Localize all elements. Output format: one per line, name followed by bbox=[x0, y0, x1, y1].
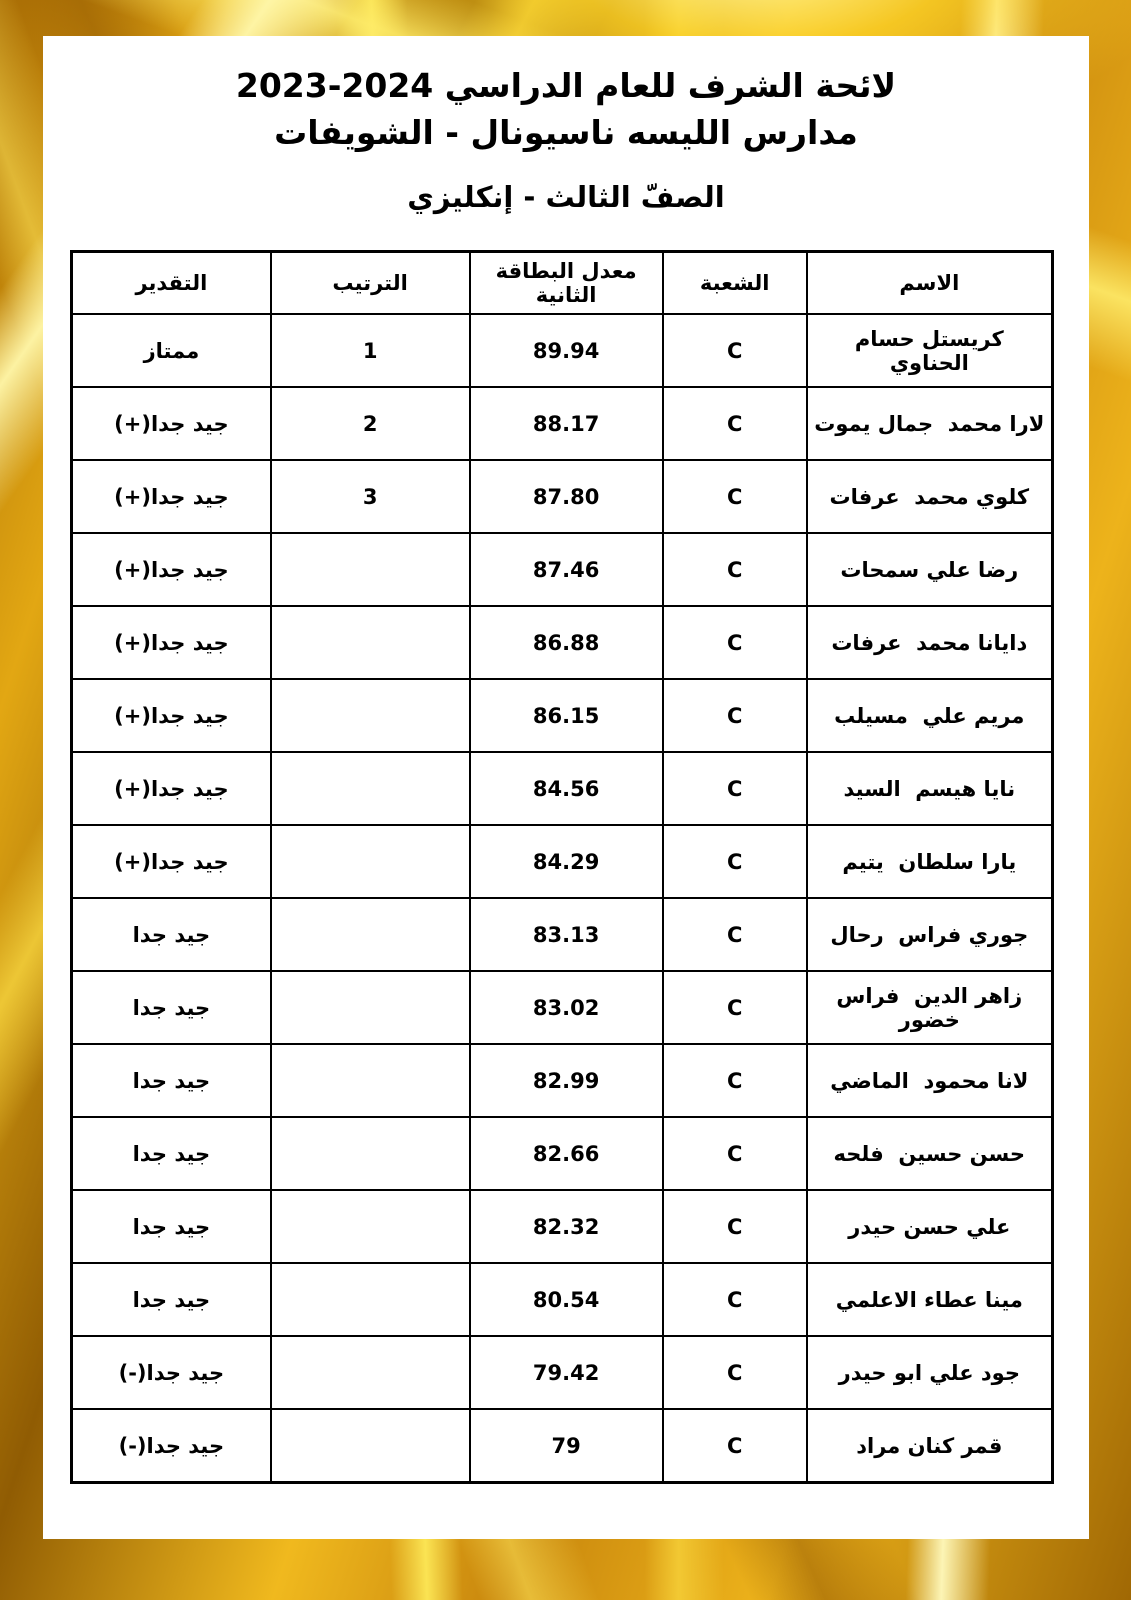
cell-rank bbox=[271, 1409, 470, 1483]
table-row: لارا محمد جمال يموتC88.172جيد جدا(+) bbox=[72, 387, 1053, 460]
cell-section: C bbox=[663, 533, 807, 606]
cell-grade: جيد جدا bbox=[72, 1044, 271, 1117]
cell-average: 79 bbox=[470, 1409, 663, 1483]
table-row: مينا عطاء الاعلميC80.54جيد جدا bbox=[72, 1263, 1053, 1336]
cell-average: 83.13 bbox=[470, 898, 663, 971]
cell-grade: جيد جدا(+) bbox=[72, 460, 271, 533]
cell-grade: جيد جدا(-) bbox=[72, 1409, 271, 1483]
cell-average: 82.99 bbox=[470, 1044, 663, 1117]
cell-rank bbox=[271, 1336, 470, 1409]
cell-section: C bbox=[663, 1117, 807, 1190]
cell-rank bbox=[271, 679, 470, 752]
document-card: لائحة الشرف للعام الدراسي 2024-2023 مدار… bbox=[43, 36, 1089, 1539]
cell-name: جود علي ابو حيدر bbox=[807, 1336, 1053, 1409]
table-row: جوري فراس رحالC83.13جيد جدا bbox=[72, 898, 1053, 971]
cell-grade: ممتاز bbox=[72, 314, 271, 387]
cell-name: علي حسن حيدر bbox=[807, 1190, 1053, 1263]
cell-rank bbox=[271, 1044, 470, 1117]
table-row: رضا علي سمحاتC87.46جيد جدا(+) bbox=[72, 533, 1053, 606]
cell-section: C bbox=[663, 606, 807, 679]
cell-rank bbox=[271, 606, 470, 679]
column-header-section: الشعبة bbox=[663, 252, 807, 315]
column-header-average: معدل البطاقة الثانية bbox=[470, 252, 663, 315]
cell-grade: جيد جدا bbox=[72, 898, 271, 971]
cell-grade: جيد جدا(+) bbox=[72, 387, 271, 460]
table-row: كريستل حسام الحناويC89.941ممتاز bbox=[72, 314, 1053, 387]
table-row: يارا سلطان يتيمC84.29جيد جدا(+) bbox=[72, 825, 1053, 898]
cell-name: قمر كنان مراد bbox=[807, 1409, 1053, 1483]
column-header-rank: الترتيب bbox=[271, 252, 470, 315]
cell-average: 82.66 bbox=[470, 1117, 663, 1190]
cell-rank bbox=[271, 752, 470, 825]
cell-name: لانا محمود الماضي bbox=[807, 1044, 1053, 1117]
cell-grade: جيد جدا bbox=[72, 1263, 271, 1336]
cell-name: كلوي محمد عرفات bbox=[807, 460, 1053, 533]
column-header-name: الاسم bbox=[807, 252, 1053, 315]
cell-rank bbox=[271, 1117, 470, 1190]
cell-section: C bbox=[663, 1190, 807, 1263]
cell-section: C bbox=[663, 1336, 807, 1409]
cell-grade: جيد جدا bbox=[72, 971, 271, 1044]
cell-average: 83.02 bbox=[470, 971, 663, 1044]
cell-grade: جيد جدا(+) bbox=[72, 752, 271, 825]
cell-average: 89.94 bbox=[470, 314, 663, 387]
cell-average: 86.15 bbox=[470, 679, 663, 752]
school-name: مدارس الليسه ناسيونال - الشويفات bbox=[43, 109, 1089, 156]
cell-rank bbox=[271, 533, 470, 606]
cell-name: دايانا محمد عرفات bbox=[807, 606, 1053, 679]
cell-section: C bbox=[663, 752, 807, 825]
table-row: علي حسن حيدرC82.32جيد جدا bbox=[72, 1190, 1053, 1263]
honor-roll-table: الاسمالشعبةمعدل البطاقة الثانيةالترتيبال… bbox=[70, 250, 1054, 1484]
table-row: جود علي ابو حيدرC79.42جيد جدا(-) bbox=[72, 1336, 1053, 1409]
cell-section: C bbox=[663, 460, 807, 533]
cell-average: 87.46 bbox=[470, 533, 663, 606]
cell-name: جوري فراس رحال bbox=[807, 898, 1053, 971]
cell-grade: جيد جدا(+) bbox=[72, 679, 271, 752]
table-row: دايانا محمد عرفاتC86.88جيد جدا(+) bbox=[72, 606, 1053, 679]
table-row: مريم علي مسيلبC86.15جيد جدا(+) bbox=[72, 679, 1053, 752]
header-row: الاسمالشعبةمعدل البطاقة الثانيةالترتيبال… bbox=[72, 252, 1053, 315]
cell-rank bbox=[271, 1190, 470, 1263]
cell-average: 86.88 bbox=[470, 606, 663, 679]
table-row: حسن حسين فلحهC82.66جيد جدا bbox=[72, 1117, 1053, 1190]
cell-section: C bbox=[663, 679, 807, 752]
cell-grade: جيد جدا(-) bbox=[72, 1336, 271, 1409]
table-row: نايا هيسم السيدC84.56جيد جدا(+) bbox=[72, 752, 1053, 825]
cell-section: C bbox=[663, 387, 807, 460]
cell-name: مريم علي مسيلب bbox=[807, 679, 1053, 752]
cell-section: C bbox=[663, 314, 807, 387]
cell-grade: جيد جدا(+) bbox=[72, 825, 271, 898]
cell-rank: 2 bbox=[271, 387, 470, 460]
cell-grade: جيد جدا(+) bbox=[72, 533, 271, 606]
page-title: لائحة الشرف للعام الدراسي 2024-2023 bbox=[43, 62, 1089, 109]
cell-name: نايا هيسم السيد bbox=[807, 752, 1053, 825]
cell-name: رضا علي سمحات bbox=[807, 533, 1053, 606]
cell-average: 80.54 bbox=[470, 1263, 663, 1336]
cell-average: 87.80 bbox=[470, 460, 663, 533]
table-body: كريستل حسام الحناويC89.941ممتازلارا محمد… bbox=[72, 314, 1053, 1483]
cell-average: 84.56 bbox=[470, 752, 663, 825]
cell-section: C bbox=[663, 1409, 807, 1483]
column-header-grade: التقدير bbox=[72, 252, 271, 315]
class-subtitle: الصفّ الثالث - إنكليزي bbox=[43, 180, 1089, 214]
cell-name: مينا عطاء الاعلمي bbox=[807, 1263, 1053, 1336]
cell-rank bbox=[271, 971, 470, 1044]
cell-average: 79.42 bbox=[470, 1336, 663, 1409]
cell-average: 84.29 bbox=[470, 825, 663, 898]
table-row: كلوي محمد عرفاتC87.803جيد جدا(+) bbox=[72, 460, 1053, 533]
cell-grade: جيد جدا bbox=[72, 1117, 271, 1190]
cell-section: C bbox=[663, 971, 807, 1044]
cell-section: C bbox=[663, 1263, 807, 1336]
cell-rank: 3 bbox=[271, 460, 470, 533]
table-row: قمر كنان مرادC79جيد جدا(-) bbox=[72, 1409, 1053, 1483]
cell-grade: جيد جدا bbox=[72, 1190, 271, 1263]
cell-rank bbox=[271, 898, 470, 971]
cell-grade: جيد جدا(+) bbox=[72, 606, 271, 679]
cell-section: C bbox=[663, 825, 807, 898]
cell-section: C bbox=[663, 1044, 807, 1117]
title-block: لائحة الشرف للعام الدراسي 2024-2023 مدار… bbox=[43, 36, 1089, 214]
table-header: الاسمالشعبةمعدل البطاقة الثانيةالترتيبال… bbox=[72, 252, 1053, 315]
table-row: لانا محمود الماضيC82.99جيد جدا bbox=[72, 1044, 1053, 1117]
cell-rank bbox=[271, 825, 470, 898]
cell-rank: 1 bbox=[271, 314, 470, 387]
cell-name: كريستل حسام الحناوي bbox=[807, 314, 1053, 387]
cell-name: زاهر الدين فراس خضور bbox=[807, 971, 1053, 1044]
cell-name: حسن حسين فلحه bbox=[807, 1117, 1053, 1190]
cell-average: 82.32 bbox=[470, 1190, 663, 1263]
cell-section: C bbox=[663, 898, 807, 971]
table-row: زاهر الدين فراس خضورC83.02جيد جدا bbox=[72, 971, 1053, 1044]
cell-average: 88.17 bbox=[470, 387, 663, 460]
cell-rank bbox=[271, 1263, 470, 1336]
cell-name: يارا سلطان يتيم bbox=[807, 825, 1053, 898]
cell-name: لارا محمد جمال يموت bbox=[807, 387, 1053, 460]
